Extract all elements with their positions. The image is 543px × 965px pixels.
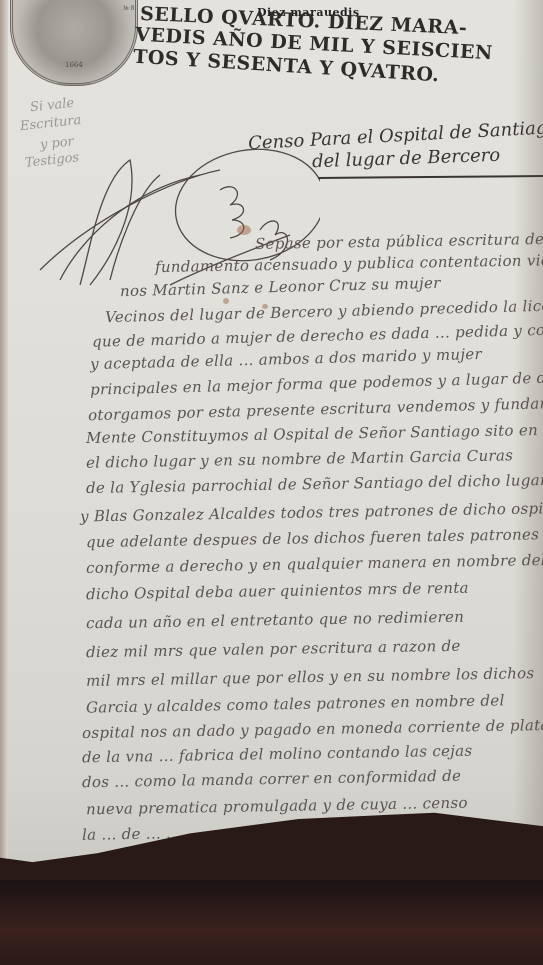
body-line: principales en la mejor forma que podemo… xyxy=(90,367,543,398)
body-line: dicho Ospital deba auer quinientos mrs d… xyxy=(86,579,469,604)
body-line: conforme a derecho y en qualquier manera… xyxy=(86,551,543,577)
body-line: mil mrs el millar que por ellos y en su … xyxy=(86,664,535,690)
body-line: la ... de ... ... xyxy=(82,824,182,844)
dark-table-surface xyxy=(0,880,543,965)
title-underline xyxy=(318,175,543,179)
seal-number: № 8 xyxy=(123,5,134,12)
body-line: Mente Constituymos al Ospital de Señor S… xyxy=(86,421,538,447)
body-line: que adelante despues de los dichos fuere… xyxy=(86,525,543,551)
body-line: passado a nuestra parte ... de que nos d… xyxy=(82,845,440,869)
seal-year: 1664 xyxy=(65,61,83,69)
body-line: dos ... como la manda correr en conformi… xyxy=(82,767,461,792)
ink-stain xyxy=(223,298,229,304)
body-line: cada un año en el entretanto que no redi… xyxy=(86,608,464,633)
document-page: № 8 1664 Diez marauedis SELLO QVARTO. DI… xyxy=(0,0,543,898)
ink-stain xyxy=(237,225,251,235)
body-line: ospital nos an dado y pagado en moneda c… xyxy=(82,716,543,742)
margin-note: Si vale xyxy=(29,96,74,116)
body-line: de la vna ... fabrica del molino contand… xyxy=(82,742,473,767)
body-line: el dicho lugar y en su nombre de Martin … xyxy=(86,446,513,471)
body-line: otorgamos por esta presente escritura ve… xyxy=(88,394,543,425)
body-line: diez mil mrs que valen por escritura a r… xyxy=(86,637,461,662)
royal-seal-stamp: № 8 1664 xyxy=(10,0,138,86)
body-line: Garcia y alcaldes como tales patrones en… xyxy=(86,691,505,716)
body-line: de la Yglesia parrochial de Señor Santia… xyxy=(86,471,543,497)
body-line: y Blas Gonzalez Alcaldes todos tres patr… xyxy=(80,499,543,526)
body-line: nueva prematica promulgada y de cuya ...… xyxy=(86,794,468,819)
